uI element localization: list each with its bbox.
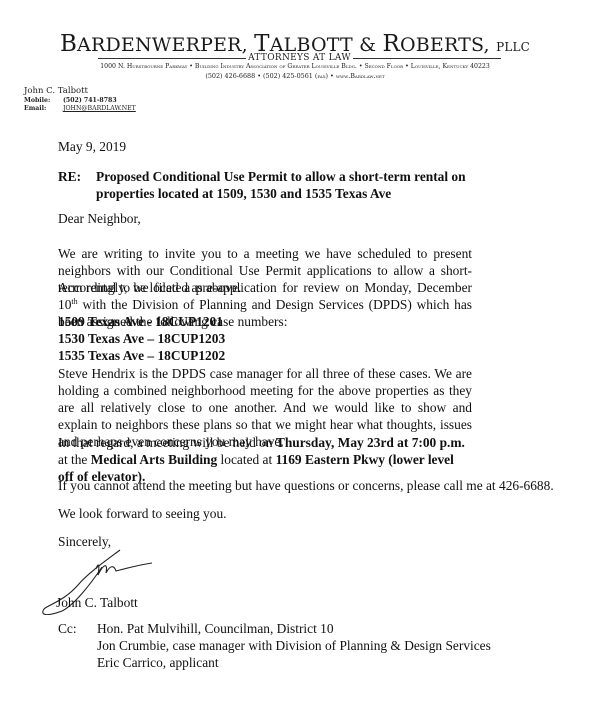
cc-list: Hon. Pat Mulvihill, Councilman, District… — [97, 620, 491, 671]
meeting-datetime: Thursday, May 23rd at 7:00 p.m. — [276, 435, 465, 450]
case-numbers-list: 1509 Texas Ave - 18CUP1201 1530 Texas Av… — [58, 313, 225, 364]
rule-line-right — [353, 58, 501, 59]
case-number-item: 1509 Texas Ave - 18CUP1201 — [58, 313, 225, 330]
re-label: RE: — [58, 168, 81, 185]
firm-contact-line: (502) 426-6688 • (502) 425-0561 (fax) • … — [0, 72, 590, 80]
signature-name: John C. Talbott — [56, 594, 138, 611]
email-link[interactable]: JOHN@BARDLAW.NET — [63, 105, 136, 112]
case-number-item: 1535 Texas Ave – 18CUP1202 — [58, 347, 225, 364]
mobile-value: (502) 741-8783 — [63, 97, 117, 104]
meeting-venue: Medical Arts Building — [91, 452, 217, 467]
case-number-item: 1530 Texas Ave – 18CUP1203 — [58, 330, 225, 347]
tagline: ATTORNEYS AT LAW — [246, 53, 353, 63]
cc-recipient: Eric Carrico, applicant — [97, 654, 491, 671]
re-subject: Proposed Conditional Use Permit to allow… — [96, 168, 496, 202]
mobile-label: Mobile: — [24, 97, 63, 104]
rule-line-left — [98, 58, 246, 59]
paragraph-closing-remark: We look forward to seeing you. — [58, 505, 227, 522]
salutation: Dear Neighbor, — [58, 210, 141, 227]
sender-name: John C. Talbott — [24, 86, 88, 96]
email-label: Email: — [24, 105, 63, 112]
paragraph-contact: If you cannot attend the meeting but hav… — [58, 477, 554, 494]
letter-date: May 9, 2019 — [58, 138, 126, 155]
cc-label: Cc: — [58, 620, 77, 637]
sender-email: Email:JOHN@BARDLAW.NET — [24, 105, 136, 112]
cc-recipient: Jon Crumbie, case manager with Division … — [97, 637, 491, 654]
cc-recipient: Hon. Pat Mulvihill, Councilman, District… — [97, 620, 491, 637]
firm-address: 1000 N. Hurstbourne Parkway • Building I… — [0, 63, 590, 70]
letterhead-rule: ATTORNEYS AT LAW — [98, 53, 501, 63]
sender-mobile: Mobile:(502) 741-8783 — [24, 97, 117, 104]
